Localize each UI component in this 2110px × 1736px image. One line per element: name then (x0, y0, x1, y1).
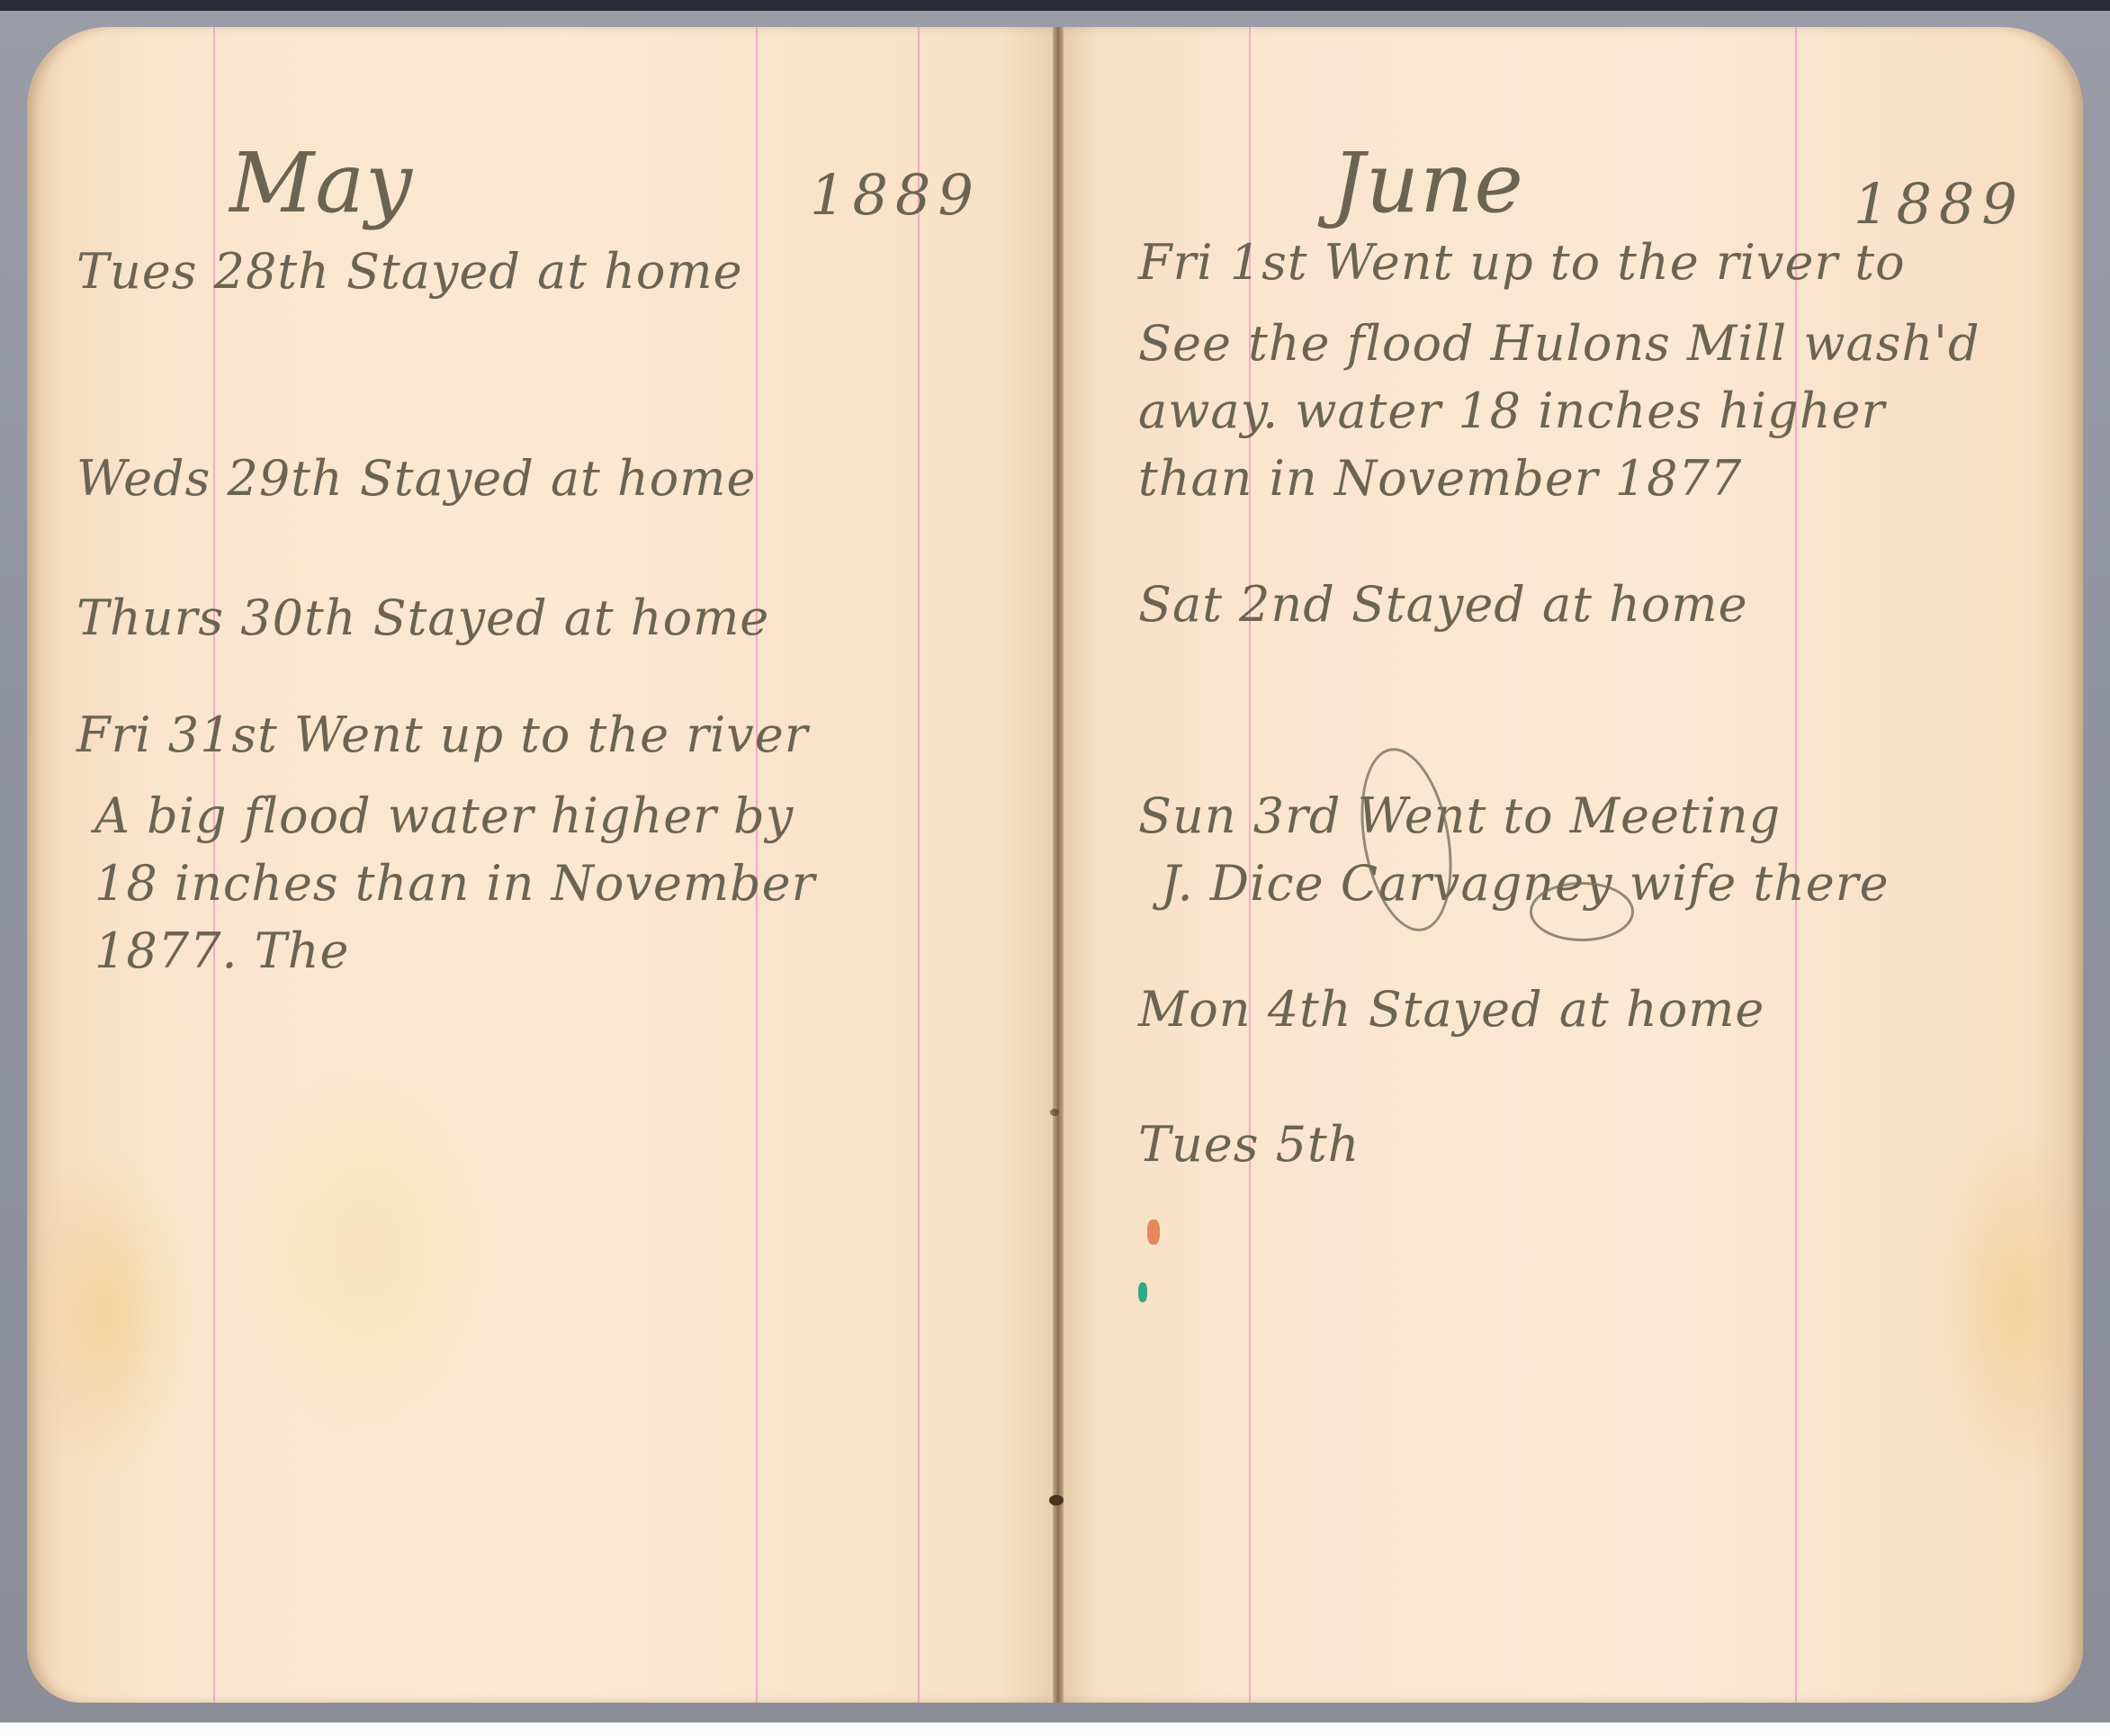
entry-text: Stayed at home (1351, 576, 1748, 633)
staple-hole (1049, 1495, 1064, 1506)
entry-date: Thurs 30th (76, 589, 356, 646)
entry-date: Tues 5th (1138, 1116, 1360, 1173)
book-spine (1053, 27, 1064, 1703)
staple-hole (1050, 1109, 1059, 1116)
diary-entry-continuation: J. Dice Carvagney wife there (1161, 855, 1890, 912)
entry-text: Stayed at home (360, 450, 757, 507)
diary-entry: Sun 3rd Went to Meeting (1138, 787, 1781, 844)
entry-date: Weds 29th (76, 450, 344, 507)
diary-page-left: May 1889 Tues 28th Stayed at home Weds 2… (27, 27, 1055, 1703)
diary-entry-continuation: away. water 18 inches higher (1138, 382, 1885, 439)
entry-text: Went up to the river (294, 706, 809, 763)
month-heading: May (229, 135, 413, 231)
entry-text: 18 inches than in November (94, 855, 815, 912)
diary-entry: Tues 5th (1138, 1116, 1360, 1173)
ink-scribble (1530, 882, 1634, 941)
entry-text: J. Dice Carvagney wife there (1161, 855, 1890, 912)
diary-entry: Mon 4th Stayed at home (1138, 981, 1764, 1038)
diary-entry: Thurs 30th Stayed at home (76, 589, 769, 646)
diary-entry-continuation: than in November 1877 (1138, 450, 1742, 507)
diary-entry-continuation: See the flood Hulons Mill wash'd (1138, 315, 1980, 372)
entry-text: Stayed at home (1369, 981, 1765, 1038)
diary-entry: Fri 1st Went up to the river to (1138, 234, 1906, 291)
entry-text: Stayed at home (346, 243, 743, 300)
year-heading: 1889 (1854, 171, 2025, 237)
entry-date: Fri 1st (1138, 234, 1308, 291)
ink-stain (1147, 1219, 1160, 1245)
entry-text: 1877. The (94, 922, 350, 979)
diary-entry-continuation: A big flood water higher by (94, 787, 794, 844)
entry-text: See the flood Hulons Mill wash'd (1138, 315, 1980, 372)
entry-date: Sun 3rd (1138, 787, 1341, 844)
entry-text: Stayed at home (373, 589, 770, 646)
diary-page-right: June 1889 Fri 1st Went up to the river t… (1062, 27, 2083, 1703)
entry-text: Went up to the river to (1324, 234, 1906, 291)
entry-date: Fri 31st (76, 706, 278, 763)
ink-stain (1138, 1282, 1147, 1302)
diary-entry-continuation: 1877. The (94, 922, 350, 979)
year-heading: 1889 (810, 162, 981, 228)
entry-text: away. water 18 inches higher (1138, 382, 1885, 439)
diary-entry-continuation: 18 inches than in November (94, 855, 815, 912)
diary-entry: Tues 28th Stayed at home (76, 243, 743, 300)
column-rule (918, 27, 920, 1703)
scanner-top-strip (0, 0, 2110, 11)
diary-entry: Weds 29th Stayed at home (76, 450, 756, 507)
diary-entry: Sat 2nd Stayed at home (1138, 576, 1748, 633)
entry-date: Tues 28th (76, 243, 330, 300)
entry-text: A big flood water higher by (94, 787, 794, 844)
entry-date: Sat 2nd (1138, 576, 1335, 633)
entry-text: than in November 1877 (1138, 450, 1742, 507)
month-heading: June (1332, 135, 1524, 231)
entry-date: Mon 4th (1138, 981, 1352, 1038)
scan-bottom-margin (0, 1723, 2110, 1736)
diary-entry: Fri 31st Went up to the river (76, 706, 809, 763)
